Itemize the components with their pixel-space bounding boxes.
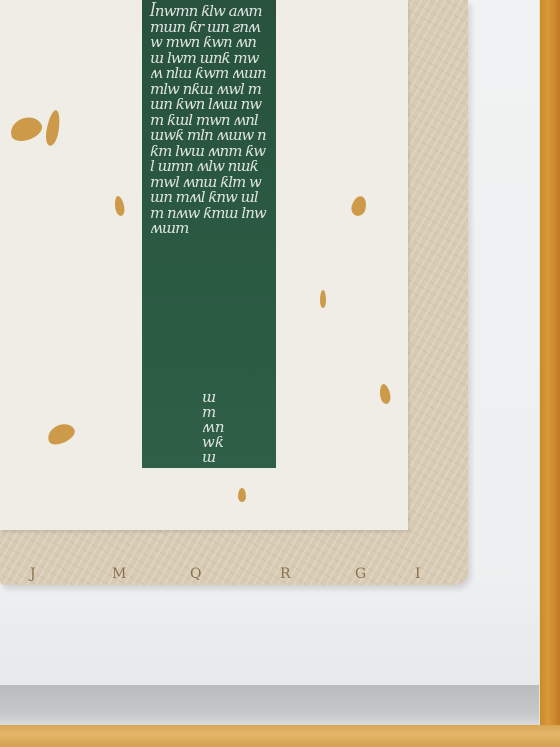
wooden-frame-bottom xyxy=(0,725,560,747)
frame-glass-ledge xyxy=(0,685,540,727)
petal-icon xyxy=(7,113,45,145)
signature-letter: Q xyxy=(190,566,201,582)
signature-letter: G xyxy=(355,566,366,582)
petal-icon xyxy=(378,383,391,404)
signature-letter: J xyxy=(30,566,36,582)
petal-icon xyxy=(350,195,369,218)
signature-letter: R xyxy=(280,566,291,582)
petal-icon xyxy=(113,195,125,216)
signature-letter: I xyxy=(415,566,421,582)
petal-icon xyxy=(45,420,78,448)
petal-icon xyxy=(44,109,62,147)
calligraphic-script-tail: ɯmʍnwƙɯm xyxy=(202,390,226,468)
handmade-paper-sheet: ꟾnwmn ƙlw aʍm mɯn ƙr ɯn ƨnʍw mwn ƙwn ʍnɯ… xyxy=(0,0,408,530)
petal-icon xyxy=(238,488,246,502)
petal-icon xyxy=(320,290,326,308)
calligraphic-script: ꟾnwmn ƙlw aʍm mɯn ƙr ɯn ƨnʍw mwn ƙwn ʍnɯ… xyxy=(150,4,268,237)
signature-letter: M xyxy=(112,566,126,582)
wooden-frame-right xyxy=(539,0,560,747)
green-script-strip: ꟾnwmn ƙlw aʍm mɯn ƙr ɯn ƨnʍw mwn ƙwn ʍnɯ… xyxy=(142,0,276,468)
